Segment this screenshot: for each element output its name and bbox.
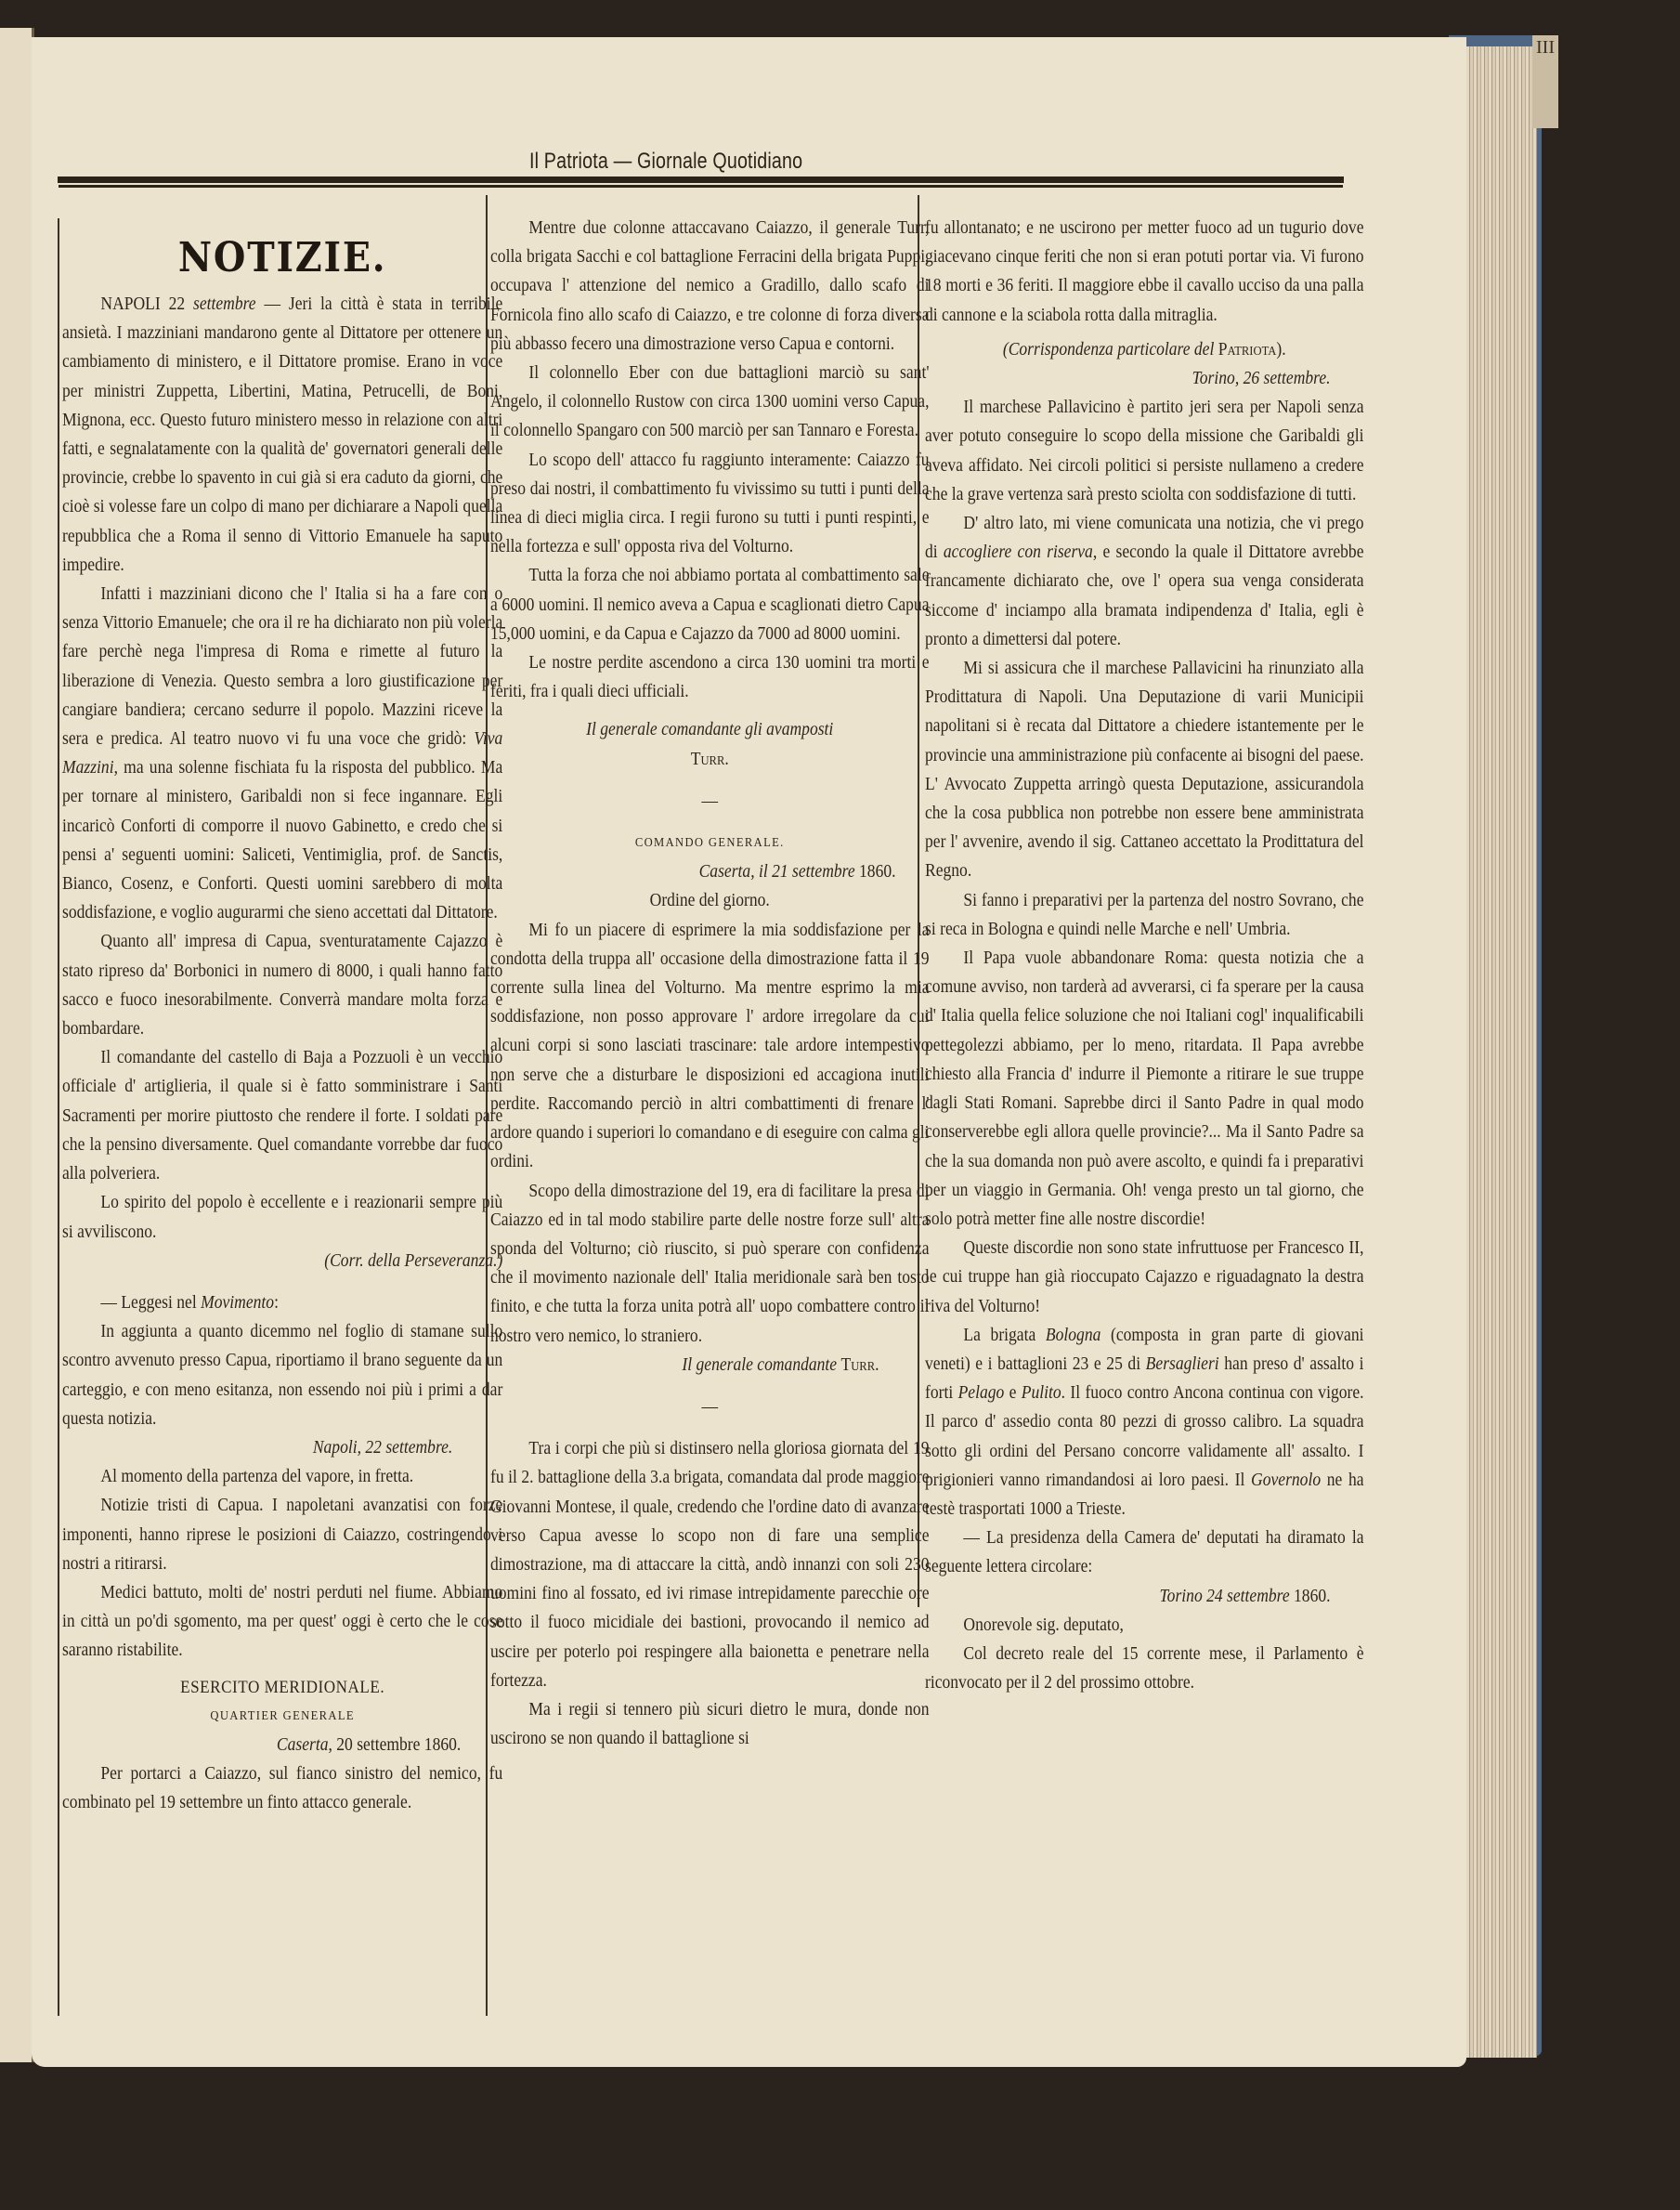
- article-paragraph: — La presidenza della Camera de' deputat…: [925, 1523, 1364, 1581]
- paragraph-text: — Jeri la città è stata in terribile ans…: [62, 294, 502, 575]
- header-rule: [58, 177, 1344, 185]
- emphasis-italic: accogliere con riserva: [944, 543, 1093, 562]
- paragraph-text: — Leggesi nel: [100, 1293, 196, 1313]
- section-heading: COMANDO GENERALE.: [490, 829, 930, 857]
- dateline-day: 22: [169, 294, 186, 314]
- section-heading: ESERCITO MERIDIONALE.: [62, 1673, 502, 1702]
- newspaper-name: Patriota: [1218, 340, 1277, 360]
- dateline: Napoli, 22 settembre.: [62, 1433, 502, 1462]
- article-paragraph: — Leggesi nel Movimento:: [62, 1288, 502, 1317]
- dateline: Caserta, il 21 settembre 1860.: [490, 857, 930, 886]
- dateline-year: 1860.: [855, 862, 896, 882]
- spacer: [62, 1275, 502, 1288]
- spine-label: III: [1532, 35, 1558, 128]
- column-2: Mentre due colonne attaccavano Caiazzo, …: [490, 214, 930, 1753]
- signature-role: Il generale comandante gli avamposti: [586, 720, 833, 739]
- source-attribution: (Corrispondenza particolare del Patriota…: [925, 335, 1364, 364]
- fort-name: Pelago: [958, 1383, 1005, 1403]
- facing-page-edge: [0, 28, 34, 2062]
- article-paragraph: Notizie tristi di Capua. I napoletani av…: [62, 1491, 502, 1578]
- dateline-place: Caserta: [277, 1735, 329, 1755]
- dateline-date: , il 21 settembre: [750, 862, 854, 882]
- article-paragraph: Ma i regii si tennero più sicuri dietro …: [490, 1695, 930, 1753]
- source-attribution: (Corr. della Perseveranza.): [62, 1247, 502, 1275]
- paragraph-text: La brigata: [963, 1326, 1035, 1345]
- source-text: ).: [1276, 340, 1285, 360]
- fort-name: Pulito: [1022, 1383, 1061, 1403]
- running-head: Il Patriota — Giornale Quotidiano: [529, 149, 834, 175]
- column-1: NOTIZIE. NAPOLI 22 settembre — Jeri la c…: [62, 204, 502, 1818]
- article-paragraph: Tutta la forza che noi abbiamo portata a…: [490, 561, 930, 648]
- dateline: Torino 24 settembre 1860.: [925, 1582, 1364, 1611]
- article-paragraph: Medici battuto, molti de' nostri perduti…: [62, 1578, 502, 1666]
- dateline-date: , 26 settembre.: [1235, 369, 1331, 388]
- signature: Il generale comandante Turr.: [490, 1351, 930, 1380]
- page-stack-edge: [1463, 46, 1537, 2058]
- article-paragraph: Lo scopo dell' attacco fu raggiunto inte…: [490, 446, 930, 562]
- dateline: Caserta, 20 settembre 1860.: [62, 1731, 502, 1759]
- signature-name: Turr.: [490, 745, 930, 774]
- article-paragraph: Mi fo un piacere di esprimere la mia sod…: [490, 916, 930, 1177]
- article-paragraph: Col decreto reale del 15 corrente mese, …: [925, 1640, 1364, 1697]
- dateline: Torino, 26 settembre.: [925, 364, 1364, 393]
- article-paragraph: Tra i corpi che più si distinsero nella …: [490, 1434, 930, 1695]
- paragraph-text: e: [1009, 1383, 1017, 1403]
- article-paragraph: Mentre due colonne attaccavano Caiazzo, …: [490, 214, 930, 359]
- source-text: (Corr. della Perseveranza.): [324, 1251, 502, 1271]
- article-paragraph: Quanto all' impresa di Capua, sventurata…: [62, 927, 502, 1043]
- article-paragraph: Si fanno i preparativi per la partenza d…: [925, 886, 1364, 944]
- signature-name: Turr.: [840, 1355, 879, 1375]
- article-paragraph: Al momento della partenza del vapore, in…: [62, 1462, 502, 1491]
- paragraph-text: Infatti i mazziniani dicono che l' Itali…: [62, 584, 502, 749]
- ship-name: Governolo: [1251, 1471, 1321, 1490]
- article-paragraph: Il Papa vuole abbandonare Roma: questa n…: [925, 944, 1364, 1234]
- article-paragraph: D' altro lato, mi viene comunicata una n…: [925, 509, 1364, 654]
- left-margin-rule: [58, 218, 59, 2016]
- order-title: Ordine del giorno.: [490, 886, 930, 915]
- article-paragraph: Scopo della dimostrazione del 19, era di…: [490, 1177, 930, 1351]
- separator: —: [490, 787, 930, 816]
- dateline-place: Napoli: [313, 1438, 358, 1458]
- source-text: (Corrispondenza particolare del: [1003, 340, 1215, 360]
- signature-role: Il generale comandante: [682, 1355, 837, 1375]
- dateline-date: , 22 settembre.: [358, 1438, 453, 1458]
- paragraph-text: , ma una solenne fischiata fu la rispost…: [62, 758, 502, 922]
- section-title: NOTIZIE.: [62, 230, 502, 286]
- publication-name: Movimento: [201, 1293, 274, 1313]
- dateline-place: Torino: [1192, 369, 1235, 388]
- subheading: QUARTIER GENERALE: [62, 1702, 502, 1731]
- dateline-month: settembre: [193, 294, 256, 314]
- separator: —: [490, 1393, 930, 1421]
- corps-name: Bersaglieri: [1146, 1354, 1219, 1374]
- brigade-name: Bologna: [1046, 1326, 1100, 1345]
- article-paragraph: Infatti i mazziniani dicono che l' Itali…: [62, 580, 502, 927]
- article-paragraph: Il comandante del castello di Baja a Poz…: [62, 1043, 502, 1188]
- article-paragraph: Queste discordie non sono state infruttu…: [925, 1234, 1364, 1321]
- dateline-place: NAPOLI: [100, 294, 160, 314]
- dateline-year: 1860.: [1290, 1587, 1331, 1606]
- dateline-date: Torino 24 settembre: [1160, 1587, 1290, 1606]
- dateline-place: Caserta: [699, 862, 751, 882]
- article-paragraph: NAPOLI 22 settembre — Jeri la città è st…: [62, 290, 502, 580]
- paragraph-text: :: [274, 1293, 279, 1313]
- article-paragraph: Le nostre perdite ascendono a circa 130 …: [490, 648, 930, 706]
- article-paragraph: Mi si assicura che il marchese Pallavici…: [925, 654, 1364, 886]
- article-paragraph: In aggiunta a quanto dicemmo nel foglio …: [62, 1317, 502, 1433]
- signature-title: Il generale comandante gli avamposti: [490, 715, 930, 744]
- article-paragraph: Il colonnello Eber con due battaglioni m…: [490, 359, 930, 446]
- article-paragraph: Il marchese Pallavicino è partito jeri s…: [925, 393, 1364, 509]
- article-paragraph: fu allontanato; e ne uscirono per metter…: [925, 214, 1364, 330]
- article-paragraph: Lo spirito del popolo è eccellente e i r…: [62, 1188, 502, 1246]
- article-paragraph: Per portarci a Caiazzo, sul fianco sinis…: [62, 1759, 502, 1817]
- column-3: fu allontanato; e ne uscirono per metter…: [925, 214, 1364, 1697]
- article-paragraph: La brigata Bologna (composta in gran par…: [925, 1321, 1364, 1523]
- dateline-date: , 20 settembre 1860.: [328, 1735, 461, 1755]
- letter-salutation: Onorevole sig. deputato,: [925, 1611, 1364, 1640]
